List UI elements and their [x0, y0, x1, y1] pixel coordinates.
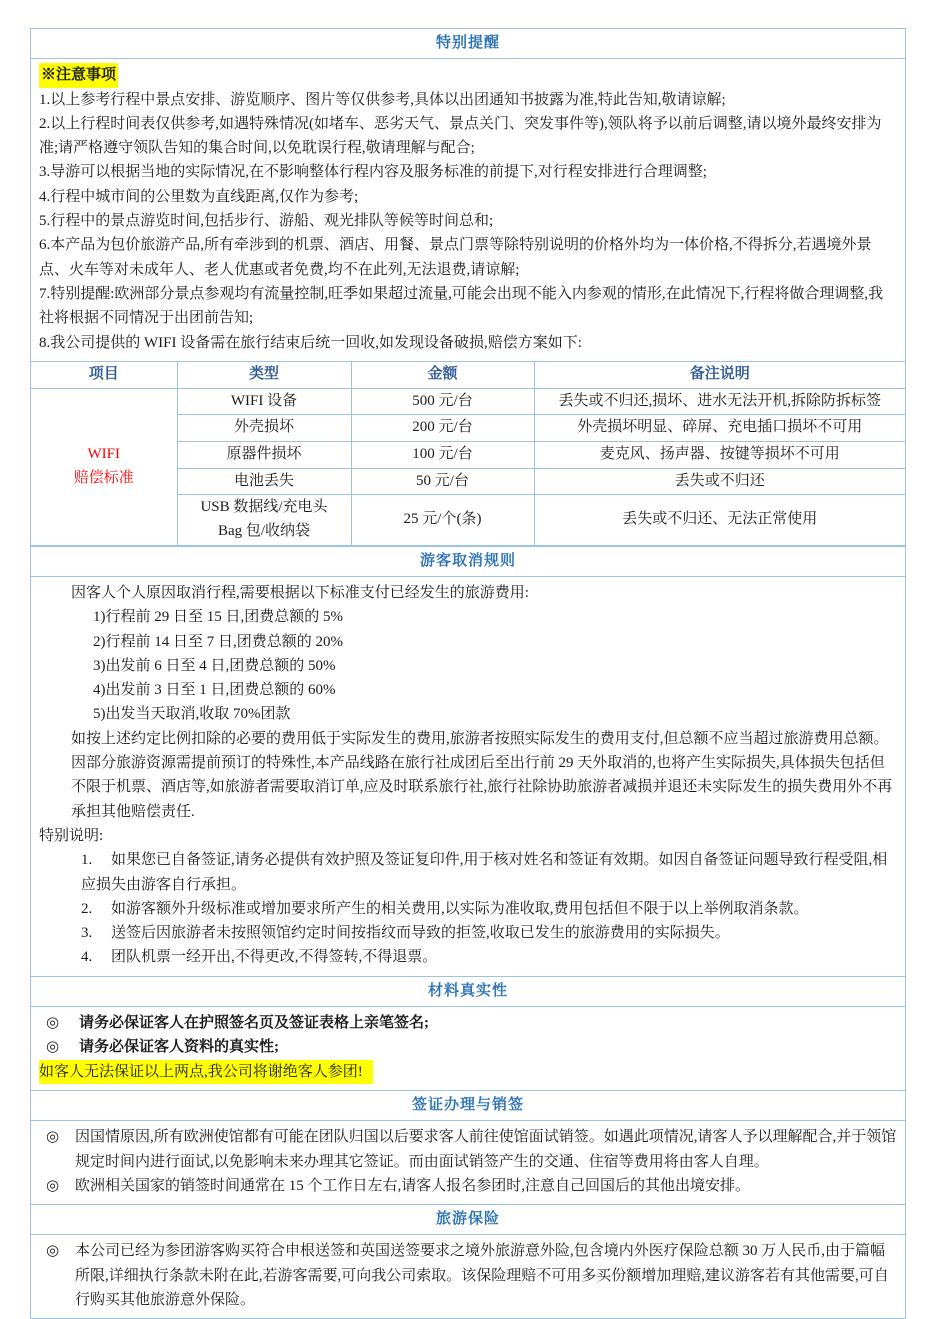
- circle-bullet-icon: ◎: [46, 1125, 59, 1149]
- note-cell: 丢失或不归还、无法正常使用: [534, 495, 905, 545]
- header-project: 项目: [31, 362, 177, 388]
- amount-cell: 25 元/个(条): [351, 495, 534, 545]
- special-note-text: 如果您已自备签证,请务必提供有效护照及签证复印件,用于核对姓名和签证有效期。如因…: [81, 852, 887, 892]
- special-note-number: 1.: [81, 848, 111, 872]
- visa-bullet-1: ◎因国情原因,所有欧洲使馆都有可能在团队归国以后要求客人前往使馆面试销签。如遇此…: [39, 1125, 897, 1174]
- notice-heading-highlight: ※注意事项: [39, 63, 118, 87]
- special-note-1: 1.如果您已自备签证,请务必提供有效护照及签证复印件,用于核对姓名和签证有效期。…: [39, 848, 897, 897]
- header-amount: 金额: [351, 362, 534, 388]
- amount-cell: 50 元/台: [351, 468, 534, 495]
- table-header-row: 项目 类型 金额 备注说明: [31, 362, 905, 388]
- notice-item-8: 8.我公司提供的 WIFI 设备需在旅行结束后统一回收,如发现设备破损,赔偿方案…: [39, 331, 897, 355]
- authenticity-bullet-2: ◎请务必保证客人资料的真实性;: [39, 1035, 897, 1059]
- notice-item-6: 6.本产品为包价旅游产品,所有牵涉到的机票、酒店、用餐、景点门票等除特别说明的价…: [39, 233, 897, 282]
- authenticity-warning: 如客人无法保证以上两点,我公司将谢绝客人参团!: [39, 1060, 373, 1084]
- section-title-special-reminder: 特别提醒: [31, 29, 905, 59]
- project-label-line2: 赔偿标准: [37, 467, 171, 491]
- type-cell: 原器件损坏: [177, 441, 351, 468]
- special-note-number: 4.: [81, 945, 111, 969]
- note-cell: 丢失或不归还: [534, 468, 905, 495]
- circle-bullet-icon: ◎: [46, 1174, 59, 1198]
- note-cell: 麦克风、扬声器、按键等损坏不可用: [534, 441, 905, 468]
- notice-item-3: 3.导游可以根据当地的实际情况,在不影响整体行程内容及服务标准的前提下,对行程安…: [39, 160, 897, 184]
- special-note-text: 如游客额外升级标准或增加要求所产生的相关费用,以实际为准收取,费用包括但不限于以…: [111, 901, 809, 917]
- cancellation-paragraph: 如按上述约定比例扣除的必要的费用低于实际发生的费用,旅游者按照实际发生的费用支付…: [71, 727, 897, 824]
- special-note-2: 2.如游客额外升级标准或增加要求所产生的相关费用,以实际为准收取,费用包括但不限…: [39, 897, 897, 921]
- notice-item-1: 1.以上参考行程中景点安排、游览顺序、图片等仅供参考,具体以出团通知书披露为准,…: [39, 88, 897, 112]
- section-title-authenticity: 材料真实性: [31, 977, 905, 1007]
- special-note-number: 2.: [81, 897, 111, 921]
- section-title-cancellation: 游客取消规则: [31, 546, 905, 577]
- header-type: 类型: [177, 362, 351, 388]
- insurance-bullet-text: 本公司已经为参团游客购买符合申根送签和英国送签要求之境外旅游意外险,包含境内外医…: [75, 1243, 889, 1308]
- type-cell: 外壳损坏: [177, 415, 351, 442]
- authenticity-section: ◎请务必保证客人在护照签名页及签证表格上亲笔签名; ◎请务必保证客人资料的真实性…: [31, 1007, 905, 1091]
- notice-item-5: 5.行程中的景点游览时间,包括步行、游船、观光排队等候等时间总和;: [39, 209, 897, 233]
- notice-item-2: 2.以上行程时间表仅供参考,如遇特殊情况(如堵车、恶劣天气、景点关门、突发事件等…: [39, 112, 897, 161]
- special-note-4: 4.团队机票一经开出,不得更改,不得签转,不得退票。: [39, 945, 897, 969]
- visa-bullet-text: 因国情原因,所有欧洲使馆都有可能在团队归国以后要求客人前往使馆面试销签。如遇此项…: [75, 1129, 896, 1169]
- section-title-visa: 签证办理与销签: [31, 1091, 905, 1121]
- amount-cell: 100 元/台: [351, 441, 534, 468]
- visa-bullet-text: 欧洲相关国家的销签时间通常在 15 个工作日左右,请客人报名参团时,注意自己回国…: [75, 1178, 750, 1194]
- type-cell: 电池丢失: [177, 468, 351, 495]
- wifi-compensation-table: 项目 类型 金额 备注说明 WIFI 赔偿标准 WIFI 设备 500 元/台 …: [31, 362, 905, 546]
- notice-heading-row: ※注意事项: [39, 63, 897, 87]
- type-cell: USB 数据线/充电头 Bag 包/收纳袋: [177, 495, 351, 545]
- authenticity-warning-row: 如客人无法保证以上两点,我公司将谢绝客人参团!: [39, 1060, 897, 1084]
- authenticity-bullet-text: 请务必保证客人资料的真实性;: [79, 1039, 279, 1055]
- special-notes-heading: 特别说明:: [39, 824, 897, 848]
- authenticity-bullet-1: ◎请务必保证客人在护照签名页及签证表格上亲笔签名;: [39, 1011, 897, 1035]
- header-note: 备注说明: [534, 362, 905, 388]
- cancellation-tier-4: 4)出发前 3 日至 1 日,团费总额的 60%: [93, 678, 897, 702]
- project-label-line1: WIFI: [37, 443, 171, 467]
- visa-bullet-2: ◎欧洲相关国家的销签时间通常在 15 个工作日左右,请客人报名参团时,注意自己回…: [39, 1174, 897, 1198]
- cancellation-section: 因客人个人原因取消行程,需要根据以下标准支付已经发生的旅游费用: 1)行程前 2…: [31, 577, 905, 977]
- special-note-text: 团队机票一经开出,不得更改,不得签转,不得退票。: [111, 949, 437, 965]
- special-note-number: 3.: [81, 921, 111, 945]
- notice-item-7: 7.特别提醒:欧洲部分景点参观均有流量控制,旺季如果超过流量,可能会出现不能入内…: [39, 282, 897, 331]
- notice-section: ※注意事项 1.以上参考行程中景点安排、游览顺序、图片等仅供参考,具体以出团通知…: [31, 59, 905, 362]
- visa-section: ◎因国情原因,所有欧洲使馆都有可能在团队归国以后要求客人前往使馆面试销签。如遇此…: [31, 1121, 905, 1205]
- notice-item-4: 4.行程中城市间的公里数为直线距离,仅作为参考;: [39, 185, 897, 209]
- project-label-cell: WIFI 赔偿标准: [31, 388, 177, 545]
- type-cell: WIFI 设备: [177, 388, 351, 415]
- amount-cell: 500 元/台: [351, 388, 534, 415]
- cancellation-tier-2: 2)行程前 14 日至 7 日,团费总额的 20%: [93, 630, 897, 654]
- type-line1: USB 数据线/充电头: [184, 496, 345, 520]
- insurance-bullet-1: ◎本公司已经为参团游客购买符合申根送签和英国送签要求之境外旅游意外险,包含境内外…: [39, 1239, 897, 1312]
- type-line2: Bag 包/收纳袋: [184, 520, 345, 544]
- table-row: WIFI 赔偿标准 WIFI 设备 500 元/台 丢失或不归还,损坏、进水无法…: [31, 388, 905, 415]
- cancellation-tier-3: 3)出发前 6 日至 4 日,团费总额的 50%: [93, 654, 897, 678]
- cancellation-intro: 因客人个人原因取消行程,需要根据以下标准支付已经发生的旅游费用:: [71, 581, 897, 605]
- insurance-section: ◎本公司已经为参团游客购买符合申根送签和英国送签要求之境外旅游意外险,包含境内外…: [31, 1235, 905, 1318]
- section-title-insurance: 旅游保险: [31, 1205, 905, 1235]
- circle-bullet-icon: ◎: [46, 1239, 59, 1263]
- cancellation-tier-5: 5)出发当天取消,收取 70%团款: [93, 702, 897, 726]
- special-reminder-document: 特别提醒 ※注意事项 1.以上参考行程中景点安排、游览顺序、图片等仅供参考,具体…: [30, 28, 906, 1319]
- special-note-text: 送签后因旅游者未按照领馆约定时间按指纹而导致的拒签,收取已发生的旅游费用的实际损…: [111, 925, 730, 941]
- document-page: 特别提醒 ※注意事项 1.以上参考行程中景点安排、游览顺序、图片等仅供参考,具体…: [0, 0, 936, 1319]
- circle-bullet-icon: ◎: [46, 1035, 59, 1059]
- amount-cell: 200 元/台: [351, 415, 534, 442]
- special-note-3: 3.送签后因旅游者未按照领馆约定时间按指纹而导致的拒签,收取已发生的旅游费用的实…: [39, 921, 897, 945]
- cancellation-tier-1: 1)行程前 29 日至 15 日,团费总额的 5%: [93, 605, 897, 629]
- note-cell: 外壳损坏明显、碎屏、充电插口损坏不可用: [534, 415, 905, 442]
- circle-bullet-icon: ◎: [46, 1011, 59, 1035]
- authenticity-bullet-text: 请务必保证客人在护照签名页及签证表格上亲笔签名;: [79, 1015, 429, 1031]
- note-cell: 丢失或不归还,损坏、进水无法开机,拆除防拆标签: [534, 388, 905, 415]
